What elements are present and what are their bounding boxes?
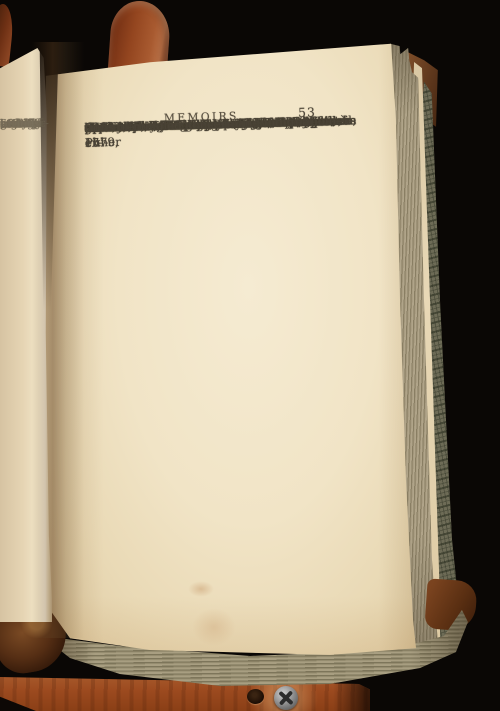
board-corner-bottom-right (424, 578, 477, 631)
gutter-shadow (32, 42, 84, 638)
left-page-line-fragment: little to (0, 116, 43, 132)
stand-peg-left (0, 3, 15, 67)
screw-head (274, 686, 298, 710)
foxing-stain (192, 608, 236, 646)
book-photograph: , fromlague,, withcertainto his ormityo … (0, 0, 500, 711)
screw-hole (247, 689, 264, 704)
foxing-stain (188, 581, 214, 597)
left-page-text-fragments: , fromlague,, withcertainto his ormityo … (0, 116, 48, 117)
